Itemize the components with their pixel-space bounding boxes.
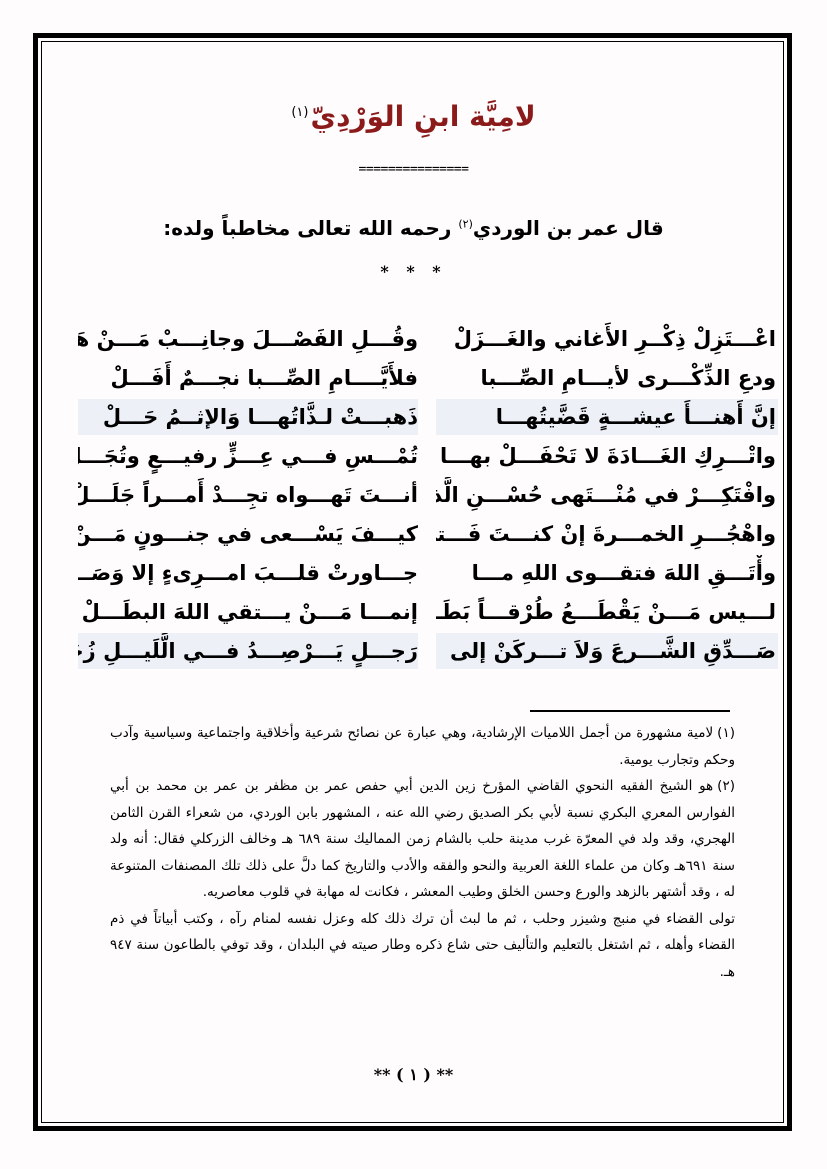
verse-highlighted: صَـــدِّقِ الشَّـــرعَ وَلاَ تـــركَنْ إ… [78,632,778,670]
verse: لـــيس مَـــنْ يَقْطَـــعُ طُرْقـــاً بَ… [78,593,778,631]
footnote-number: (١) [717,725,735,741]
footnote-text: تولى القضاء في منبج وشيزر وحلب ، ثم ما ل… [110,911,735,980]
verse: وافْتَكِـــرْ في مُنْـــتَهى حُسْـــنِ ا… [78,476,778,514]
verse-first-hemistich: وافْتَكِـــرْ في مُنْـــتَهى حُسْـــنِ ا… [436,477,778,513]
intro-footnote-ref[interactable]: (٢) [458,217,473,230]
verse-second-hemistich: تُمْـــسِ فـــي عِـــزٍّ رفيـــعٍ وتُجَـ… [78,438,418,474]
verse-first-hemistich: واتْـــرِكِ الغَـــادَةَ لا تَحْفَـــلْ … [436,438,778,474]
verse-highlighted: إنَّ أَهنـــأَ عيشـــةٍ قَضَّيتُهـــا ذَ… [78,398,778,436]
footnote-number: (٢) [717,778,735,794]
document-page: لامِيَّة ابنِ الوَرْدِيّ(١) ============… [0,0,827,1169]
verse-first-hemistich: صَـــدِّقِ الشَّـــرعَ وَلاَ تـــركَنْ إ… [436,633,778,669]
verse: ودعِ الذِّكْـــرى لأيـــامِ الصِّـــبا ف… [78,359,778,397]
verse-second-hemistich: أنـــتَ تَهـــواه تجِـــدْ أَمـــراً جَل… [78,477,418,513]
footnote-separator [530,710,730,712]
verse-first-hemistich: إنَّ أَهنـــأَ عيشـــةٍ قَضَّيتُهـــا [436,399,778,435]
verse-first-hemistich: لـــيس مَـــنْ يَقْطَـــعُ طُرْقـــاً بَ… [436,594,778,630]
verse-second-hemistich: جـــاورتْ قلـــبَ امـــرِىءٍ إلا وَصَـــ… [78,555,418,591]
verse-first-hemistich: اعْـــتَزِلْ ذِكْــرِ الأَغاني والغَـــز… [436,321,778,357]
footnote-text: لامية مشهورة من أجمل اللاميات الإرشادية،… [110,725,735,768]
footnote-1: (١)لامية مشهورة من أجمل اللاميات الإرشاد… [110,720,735,773]
star-separator: * * * [0,262,827,281]
footnotes: (١)لامية مشهورة من أجمل اللاميات الإرشاد… [110,720,735,985]
poem: اعْـــتَزِلْ ذِكْــرِ الأَغاني والغَـــز… [78,320,778,671]
footnote-paragraph: (١)لامية مشهورة من أجمل اللاميات الإرشاد… [110,720,735,773]
verse-second-hemistich: فلأَيَّــــامِ الصِّـــبا نجـــمٌ أَفَــ… [78,360,418,396]
verse-first-hemistich: وأْتَـــقِ اللهَ فتقـــوى اللهِ مـــا [436,555,778,591]
footnote-text: هو الشيخ الفقيه النحوي القاضي المؤرخ زين… [110,778,735,900]
footnote-2: (٢)هو الشيخ الفقيه النحوي القاضي المؤرخ … [110,773,735,985]
page-number: ** ( ١ ) ** [0,1065,827,1084]
verse: واتْـــرِكِ الغَـــادَةَ لا تَحْفَـــلْ … [78,437,778,475]
title-footnote-ref[interactable]: (١) [291,105,308,120]
title-divider: =============== [0,162,827,177]
verse-second-hemistich: رَجـــلٍ يَـــرْصِـــدُ فـــي الَّلَيـــ… [78,633,418,669]
verse: اعْـــتَزِلْ ذِكْــرِ الأَغاني والغَـــز… [78,320,778,358]
verse: واهْجُـــرِ الخمـــرةَ إنْ كنـــتَ فَـــ… [78,515,778,553]
verse-second-hemistich: إنمـــا مَـــنْ يـــتقي اللهَ البطَـــلْ [78,594,418,630]
verse-second-hemistich: وقُـــلِ الفَصْـــلَ وجانِـــبْ مَـــنْ … [78,321,418,357]
intro-text-end: رحمه الله تعالى مخاطباً ولده: [163,216,458,240]
verse-second-hemistich: ذَهبـــتْ لـذَّاتُهـــا وَالإثــمُ حَـــ… [78,399,418,435]
title-text: لامِيَّة ابنِ الوَرْدِيّ [310,100,535,133]
verse-first-hemistich: واهْجُـــرِ الخمـــرةَ إنْ كنـــتَ فَـــ… [436,516,778,552]
verse-second-hemistich: كيـــفَ يَسْـــعى في جنـــونٍ مَـــنْ عَ… [78,516,418,552]
verse-first-hemistich: ودعِ الذِّكْـــرى لأيـــامِ الصِّـــبا [436,360,778,396]
verse: وأْتَـــقِ اللهَ فتقـــوى اللهِ مـــا جـ… [78,554,778,592]
page-title: لامِيَّة ابنِ الوَرْدِيّ(١) [0,100,827,133]
footnote-paragraph: تولى القضاء في منبج وشيزر وحلب ، ثم ما ل… [110,906,735,986]
intro-line: قال عمر بن الوردي(٢) رحمه الله تعالى مخا… [0,216,827,240]
intro-text-start: قال عمر بن الوردي [473,216,664,240]
footnote-paragraph: (٢)هو الشيخ الفقيه النحوي القاضي المؤرخ … [110,773,735,906]
